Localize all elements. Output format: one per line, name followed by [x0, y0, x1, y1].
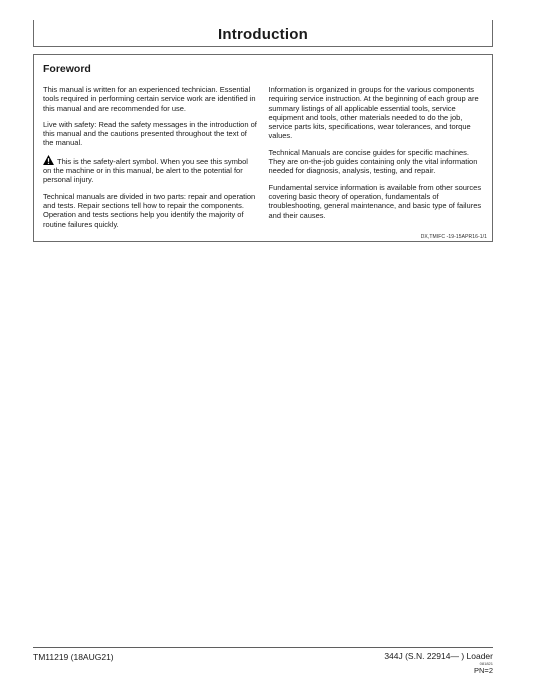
page-title: Introduction	[34, 27, 492, 43]
page-footer: TM11219 (18AUG21) 344J (S.N. 22914— ) Lo…	[33, 647, 493, 675]
right-column: Information is organized in groups for t…	[269, 85, 484, 236]
two-column-text: This manual is written for an experience…	[43, 85, 483, 236]
manual-number: TM11219 (18AUG21)	[33, 651, 114, 662]
chapter-title-box: Introduction	[33, 20, 493, 47]
section-heading: Foreword	[43, 63, 483, 75]
page-number: PN=2	[474, 666, 493, 675]
manual-page: Introduction Foreword This manual is wri…	[0, 0, 541, 700]
model-identifier: 344J (S.N. 22914— ) Loader	[384, 651, 493, 661]
paragraph-safety: This is the safety-alert symbol. When yo…	[43, 155, 258, 185]
paragraph-text: This is the safety-alert symbol. When yo…	[43, 157, 248, 185]
left-column: This manual is written for an experience…	[43, 85, 258, 236]
paragraph: Technical Manuals are concise guides for…	[269, 148, 484, 176]
doc-reference-code: DX,TMIFC -19-15APR16-1/1	[421, 234, 487, 240]
paragraph: This manual is written for an experience…	[43, 85, 258, 113]
foreword-section: Foreword This manual is written for an e…	[33, 54, 493, 242]
footer-right-block: 344J (S.N. 22914— ) Loader 081821 PN=2	[384, 651, 493, 675]
page-content: Introduction Foreword This manual is wri…	[33, 0, 493, 242]
safety-alert-icon	[43, 155, 54, 165]
paragraph: Live with safety: Read the safety messag…	[43, 120, 258, 148]
paragraph: Technical manuals are divided in two par…	[43, 192, 258, 229]
paragraph: Fundamental service information is avail…	[269, 183, 484, 220]
paragraph: Information is organized in groups for t…	[269, 85, 484, 141]
